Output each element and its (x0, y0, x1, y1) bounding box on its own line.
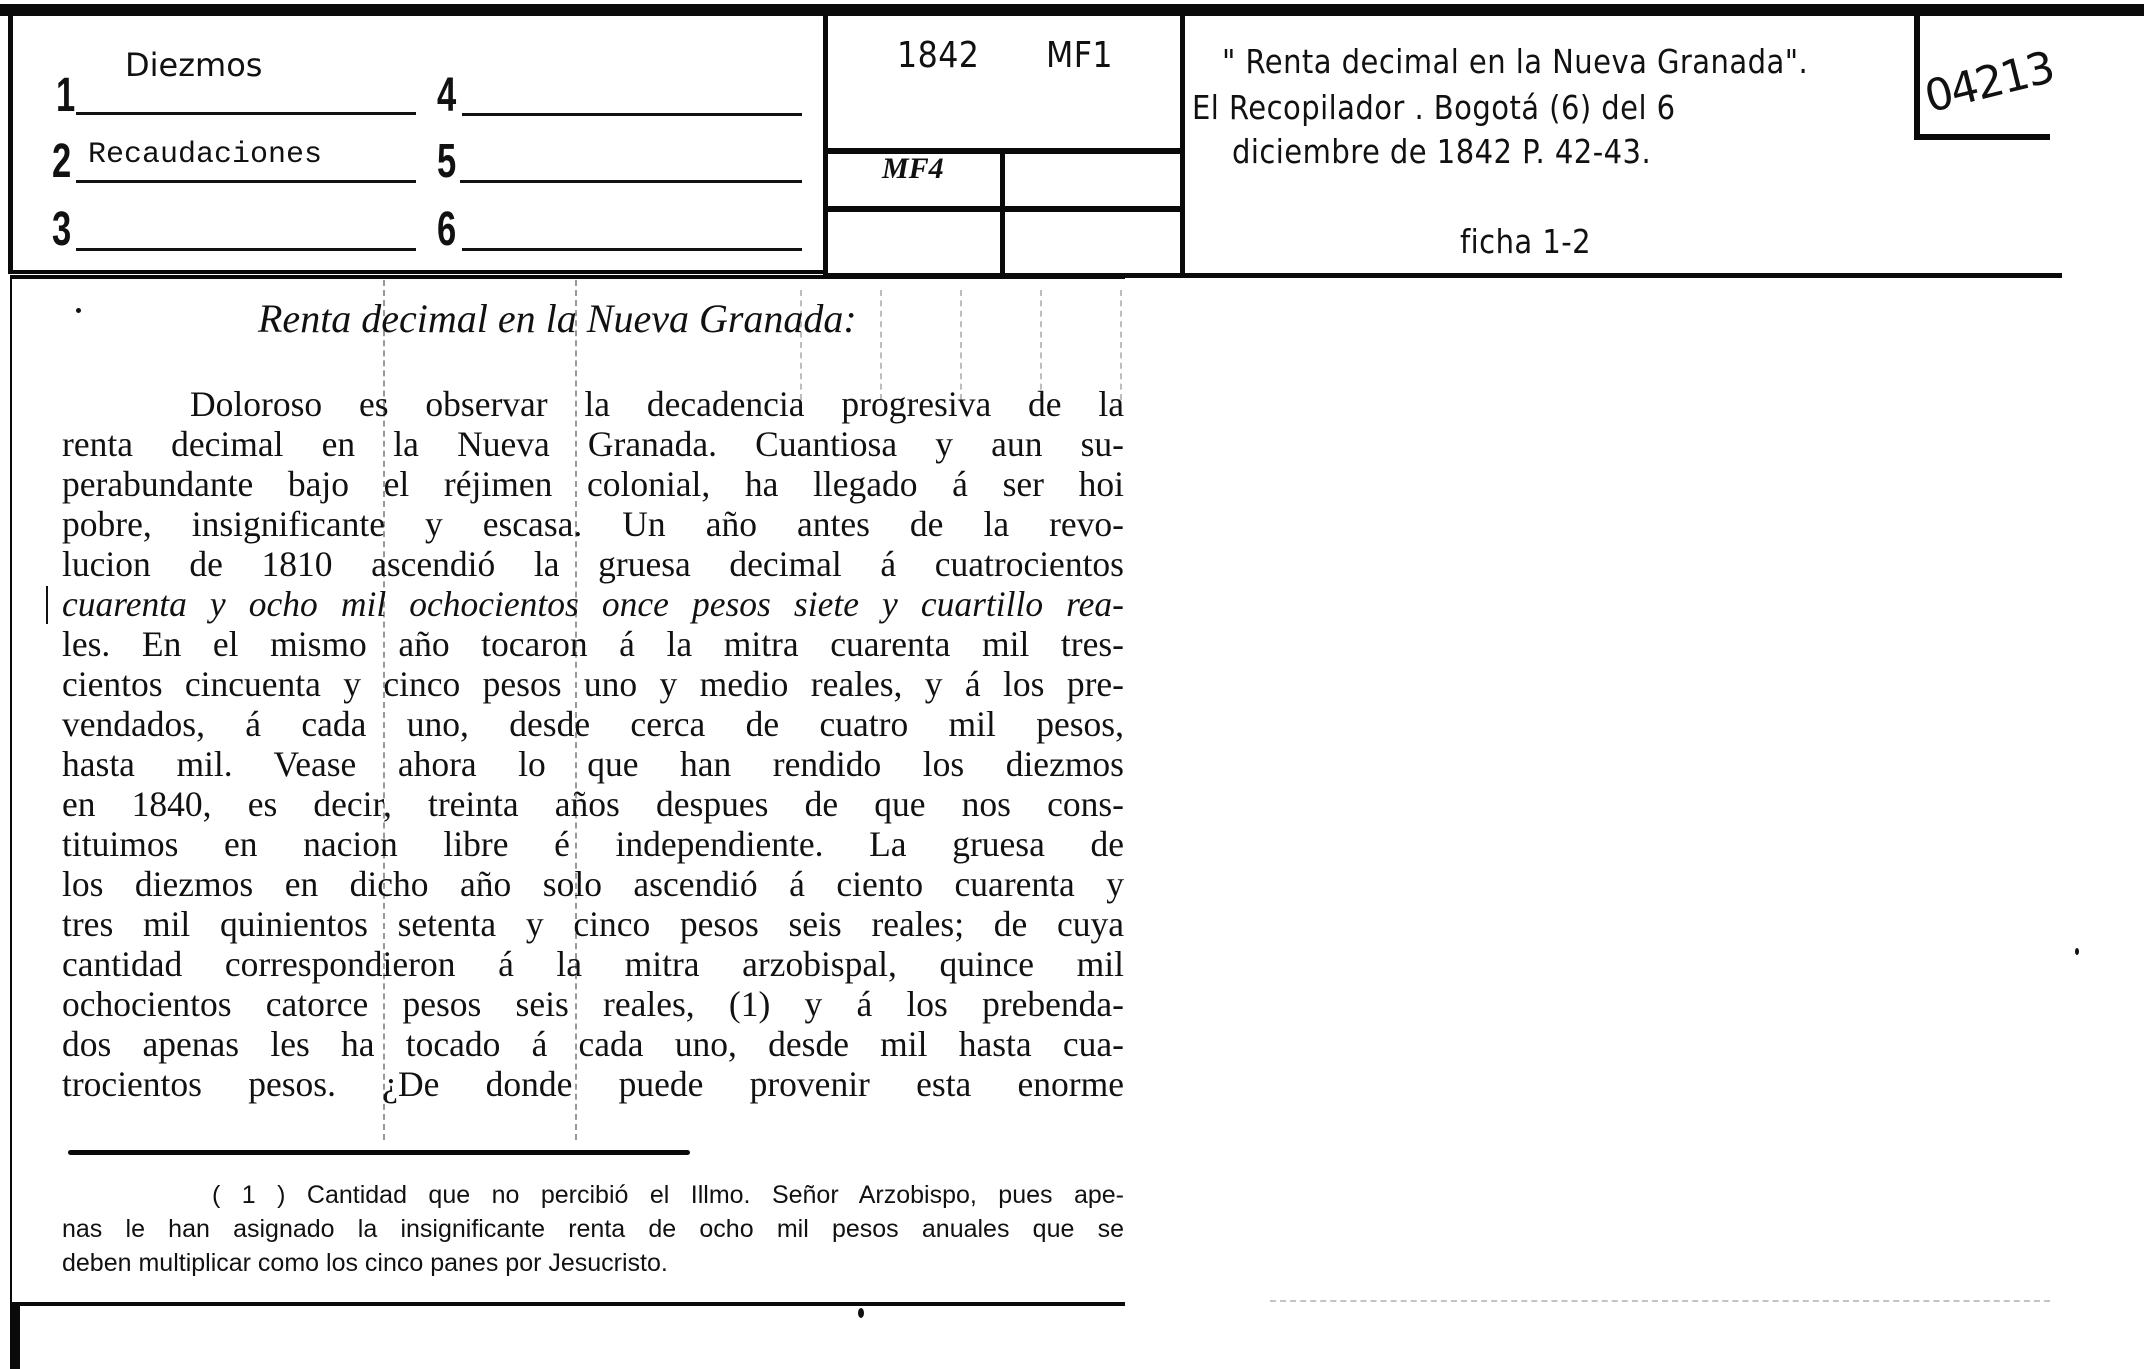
article-left-border (10, 275, 12, 1305)
scan-speck (2075, 948, 2079, 955)
subject-line-6 (462, 248, 802, 251)
catalog-number-handwritten: 04213 (1920, 42, 2058, 123)
year-label: 1842 (897, 34, 979, 78)
card-top-border (0, 4, 2144, 16)
article-title: Renta decimal en la Nueva Granada: (258, 295, 857, 342)
subject-line-2 (76, 180, 416, 183)
code-box-left-border (823, 10, 828, 276)
article-line: cantidad correspondieron á la mitra arzo… (62, 944, 1124, 984)
footnote-line: deben multiplicar como los cinco panes p… (62, 1248, 1124, 1278)
subject-line-3 (76, 248, 416, 251)
faint-dashed-rule (1270, 1300, 2050, 1302)
scan-speck (858, 1308, 864, 1318)
article-line: cientos cincuenta y cinco pesos uno y me… (62, 664, 1124, 704)
card-left-border (8, 4, 13, 274)
article-top-border (10, 275, 1125, 279)
article-line: tres mil quinientos setenta y cinco peso… (62, 904, 1124, 944)
catalog-box-left-border (1914, 12, 1920, 140)
article-line: lucion de 1810 ascendió la gruesa decima… (62, 544, 1124, 584)
subject-line-5 (460, 180, 802, 183)
article-line: perabundante bajo el réjimen colonial, h… (62, 464, 1124, 504)
subject-number-5: 5 (437, 138, 456, 186)
footnote-line: nas le han asignado la insignificante re… (62, 1214, 1124, 1244)
code-top-label: MF1 (1046, 34, 1113, 78)
catalog-box-bottom-border (1914, 134, 2050, 140)
ficha-label: ficha 1-2 (1460, 220, 1591, 264)
subject-number-6: 6 (437, 206, 456, 254)
reference-title: " Renta decimal en la Nueva Granada". (1222, 40, 1808, 84)
article-line: en 1840, es decir, treinta años despues … (62, 784, 1124, 824)
subject-number-2: 2 (52, 138, 71, 186)
subject-number-4: 4 (437, 72, 456, 120)
code-box-vertical-divider (1000, 151, 1005, 276)
article-line: trocientos pesos. ¿De donde puede proven… (62, 1064, 1124, 1104)
article-line: renta decimal en la Nueva Granada. Cuant… (62, 424, 1124, 464)
reference-date-pages: diciembre de 1842 P. 42-43. (1232, 130, 1651, 174)
article-line: cuarenta y ocho mil ochocientos once pes… (62, 584, 1124, 624)
article-bottom-border (10, 1302, 1125, 1306)
article-line: les. En el mismo año tocaron á la mitra … (62, 624, 1124, 664)
article-line: pobre, insignificante y escasa. Un año a… (62, 504, 1124, 544)
reference-source: El Recopilador . Bogotá (6) del 6 (1192, 86, 1676, 130)
article-line: hasta mil. Vease ahora lo que han rendid… (62, 744, 1124, 784)
subject-box-bottom-border (8, 270, 828, 274)
subject-value-1: Diezmos (125, 48, 262, 82)
article-line: dos apenas les ha tocado á cada uno, des… (62, 1024, 1124, 1064)
article-line: vendados, á cada uno, desde cerca de cua… (62, 704, 1124, 744)
subject-number-1: 1 (56, 72, 75, 120)
footnote-rule (68, 1150, 690, 1155)
article-line: los diezmos en dicho año solo ascendió á… (62, 864, 1124, 904)
subject-number-3: 3 (52, 206, 71, 254)
code-box-right-border (1180, 10, 1185, 278)
subject-line-4 (462, 113, 802, 116)
subject-line-1 (76, 112, 416, 115)
scan-speck (76, 308, 81, 313)
footnote-line: ( 1 ) Cantidad que no percibió el Illmo.… (62, 1180, 1124, 1210)
article-line: tituimos en nacion libre é independiente… (62, 824, 1124, 864)
subject-value-2: Recaudaciones (88, 138, 322, 172)
article-line: Doloroso es observar la decadencia progr… (62, 384, 1124, 424)
margin-bracket-mark (46, 586, 48, 624)
article-line: ochocientos catorce pesos seis reales, (… (62, 984, 1124, 1024)
card-bottom-left-bar (10, 1302, 20, 1369)
code-cell-label: MF4 (882, 152, 944, 186)
